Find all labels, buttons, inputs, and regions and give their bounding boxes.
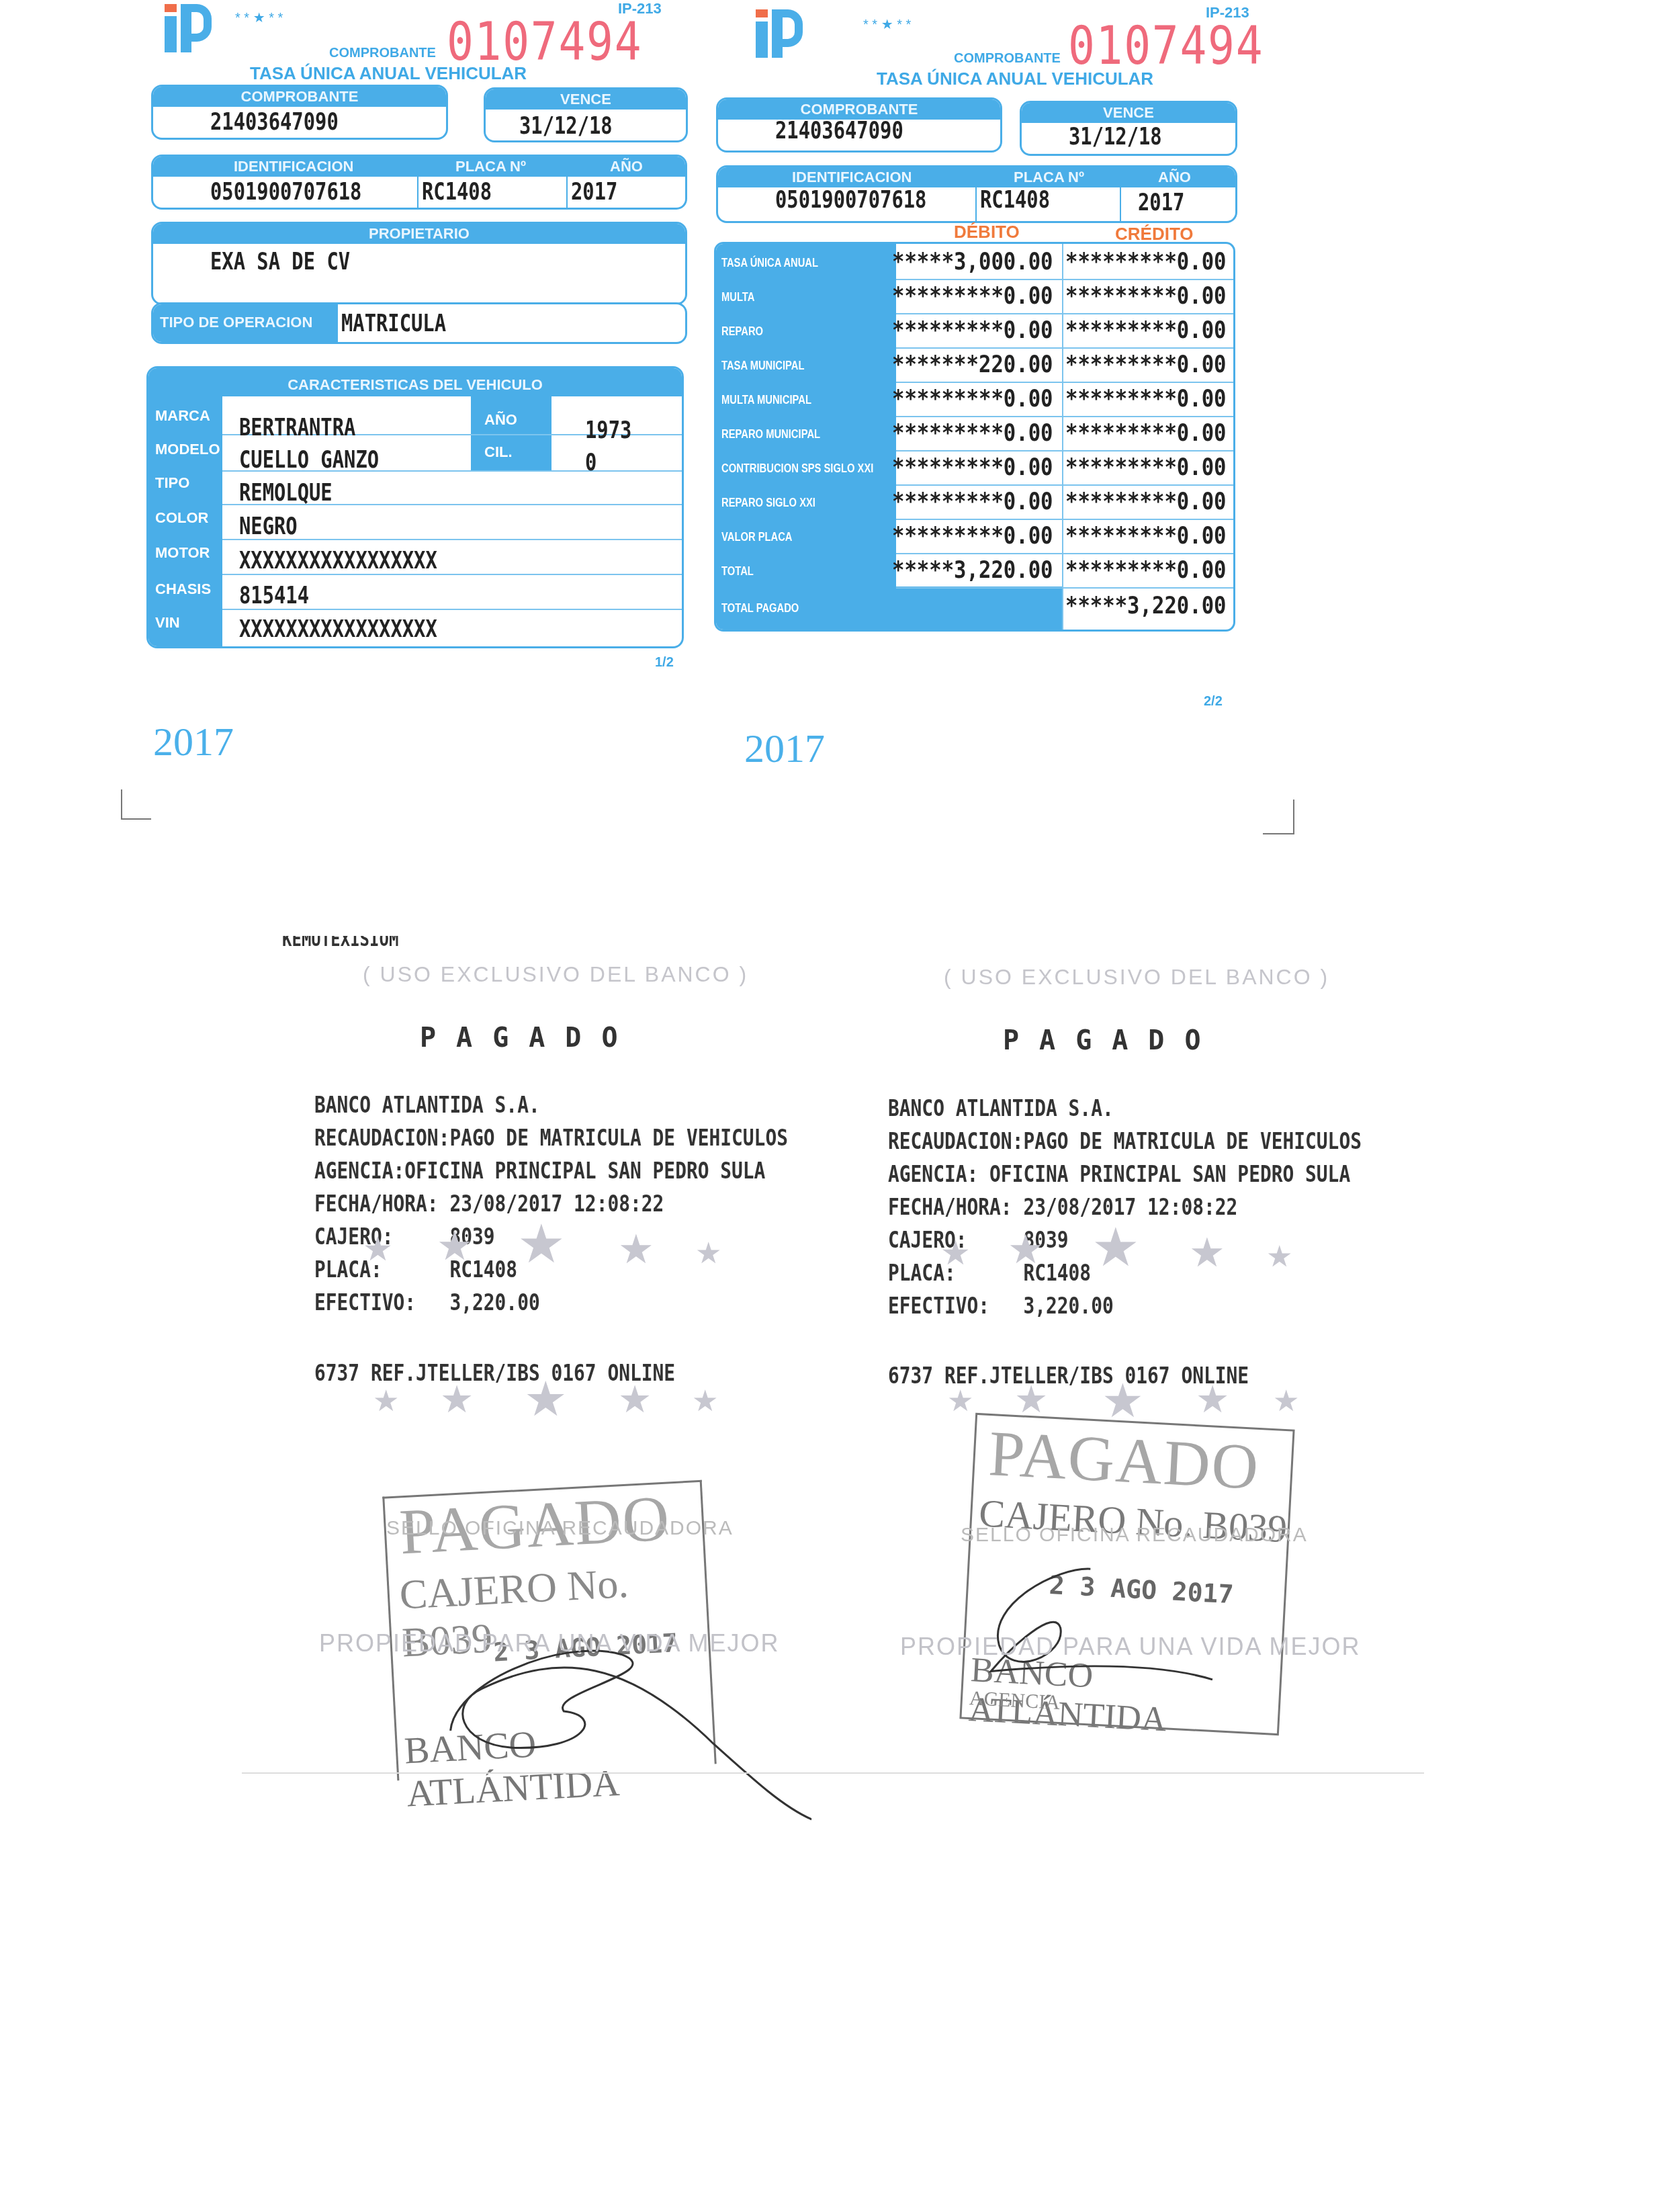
charge-label: REPARO [721,325,763,339]
credito-amount: *********0.00 [1065,419,1227,447]
receipt-line: AGENCIA:OFICINA PRINCIPAL SAN PEDRO SULA [314,1158,765,1184]
charges-table: TASA ÚNICA ANUAL*****3,000.00*********0.… [714,242,1235,632]
receipt-line: BANCO ATLANTIDA S.A. [888,1095,1114,1122]
comprobante-value: 21403647090 [210,108,339,136]
star-icon: ★ [363,1230,393,1268]
debito-amount: *********0.00 [892,385,1053,413]
vence-box: VENCE 31/12/18 [1020,101,1237,156]
page-indicator: 1/2 [655,655,674,671]
tipo-operacion-value: MATRICULA [341,310,446,337]
cut-header-text: KEMUTEXISIOM [282,936,398,948]
vin-value: XXXXXXXXXXXXXXXXX [239,615,437,643]
debito-amount: *********0.00 [892,522,1053,550]
pagado-heading: PAGADO [1003,1025,1221,1056]
receipt-line: RECAUDACION:PAGO DE MATRICULA DE VEHICUL… [314,1125,788,1152]
cil-value: 0 [585,449,596,476]
identificacion-value: 0501900707618 [775,186,926,214]
star-icon: ★ [947,1384,973,1418]
ip-logo-icon [756,9,804,58]
crop-mark [121,789,122,820]
credito-amount: *********0.00 [1065,488,1227,515]
bottom-rule [242,1772,1424,1774]
receipt-title: TASA ÚNICA ANUAL VEHICULAR [877,69,1153,89]
star-icon: ★ [940,1234,971,1273]
comprobante-small-label: COMPROBANTE [329,46,436,61]
pagado-heading: PAGADO [420,1023,638,1053]
star-icon: ★ [1189,1230,1225,1277]
ano-value: 2017 [1138,189,1184,216]
star-icon: ★ [373,1384,399,1418]
debito-amount: *********0.00 [892,488,1053,515]
comprobante-box: COMPROBANTE 21403647090 [716,97,1002,153]
star-icon: ★ [692,1384,718,1418]
star-icon: ★ [1196,1377,1229,1422]
tipo-operacion-box: TIPO DE OPERACION MATRICULA [151,302,687,344]
credito-amount: *********0.00 [1065,248,1227,275]
ano-value: 2017 [571,178,617,206]
star-icon: ★ [618,1226,654,1273]
propietario-box: PROPIETARIO EXA SA DE CV [151,222,687,305]
chasis-value: 815414 [239,582,309,609]
vehicle-characteristics-box: CARACTERISTICAS DEL VEHICULO MARCA MODEL… [146,366,684,648]
receipt-line: PLACA: RC1408 [888,1260,1091,1287]
charge-label: REPARO MUNICIPAL [721,427,820,441]
credito-amount: *********0.00 [1065,316,1227,344]
vence-value: 31/12/18 [1069,123,1162,150]
header-stars: * * ★ * * [863,16,911,33]
comprobante-value: 21403647090 [775,117,903,144]
receipt-line: FECHA/HORA: 23/08/2017 12:08:22 [314,1191,664,1217]
propietario-value: EXA SA DE CV [210,248,350,275]
debito-amount: *****3,000.00 [892,248,1053,275]
star-icon: ★ [695,1236,721,1270]
star-icon: ★ [1273,1384,1299,1418]
marca-value: BERTRANTRA [239,414,355,441]
charge-label: MULTA MUNICIPAL [721,393,811,407]
tipo-value: REMOLQUE [239,479,333,507]
charge-label: TOTAL [721,564,754,578]
uso-exclusivo-label: ( USO EXCLUSIVO DEL BANCO ) [363,962,748,987]
paid-stamp: PAGADO CAJERO No. B039 2 3 AGO 2017 BANC… [959,1413,1294,1735]
star-icon: ★ [618,1377,652,1422]
crop-mark [1263,833,1294,834]
charge-label: CONTRIBUCION SPS SIGLO XXI [721,462,873,476]
credito-amount: *********0.00 [1065,522,1227,550]
debito-amount: *********0.00 [892,419,1053,447]
comprobante-box: COMPROBANTE 21403647090 [151,85,448,140]
uso-exclusivo-label: ( USO EXCLUSIVO DEL BANCO ) [944,965,1329,990]
ip-logo-icon [165,4,213,52]
year-watermark: 2017 [153,719,234,765]
star-icon: ★ [1008,1226,1044,1273]
identificacion-box: IDENTIFICACION PLACA Nº AÑO 050190070761… [151,155,687,210]
star-icon: ★ [524,1371,568,1427]
receipt-line: RECAUDACION:PAGO DE MATRICULA DE VEHICUL… [888,1128,1362,1155]
charge-label: MULTA [721,290,754,304]
identificacion-box: IDENTIFICACION PLACA Nº AÑO 050190070761… [716,165,1237,223]
modelo-value: CUELLO GANZO [239,446,379,474]
serial-number: 0107494 [1068,16,1264,77]
receipt-line: EFECTIVO: 3,220.00 [888,1293,1114,1320]
receipt-line: FECHA/HORA: 23/08/2017 12:08:22 [888,1194,1237,1221]
charge-label: VALOR PLACA [721,530,793,544]
propiedad-text: PROPIEDAD PARA UNA VIDA MEJOR [900,1633,1361,1661]
total-pagado-value: *****3,220.00 [1065,592,1227,619]
debito-amount: *********0.00 [892,316,1053,344]
page-indicator: 2/2 [1204,694,1223,709]
tipo-operacion-label: TIPO DE OPERACION [160,314,312,331]
charge-label: TASA ÚNICA ANUAL [721,256,818,270]
debito-label: DÉBITO [954,222,1020,243]
vence-box: VENCE 31/12/18 [484,87,688,142]
total-pagado-label: TOTAL PAGADO [721,601,799,615]
receipt-title: TASA ÚNICA ANUAL VEHICULAR [250,63,527,84]
receipt-line: EFECTIVO: 3,220.00 [314,1289,540,1316]
receipt-line: BANCO ATLANTIDA S.A. [314,1092,540,1119]
debito-amount: *********0.00 [892,282,1053,310]
debito-amount: *********0.00 [892,454,1053,481]
placa-value: RC1408 [980,186,1050,214]
charge-label: REPARO SIGLO XXI [721,496,815,510]
credito-amount: *********0.00 [1065,556,1227,584]
reference-line: 6737 REF.JTELLER/IBS 0167 ONLINE [888,1363,1249,1389]
header-stars: * * ★ * * [235,9,283,26]
sello-oficina-text: SELLO OFICINA RECAUDADORA [961,1524,1308,1547]
placa-value: RC1408 [422,178,492,206]
motor-value: XXXXXXXXXXXXXXXXX [239,547,437,574]
sello-oficina-text: SELLO OFICINA RECAUDADORA [386,1517,734,1540]
star-icon: ★ [1092,1216,1140,1279]
credito-amount: *********0.00 [1065,282,1227,310]
vehicle-ano-value: 1973 [585,417,631,444]
star-icon: ★ [517,1213,566,1275]
debito-amount: *******220.00 [892,351,1053,378]
vence-value: 31/12/18 [519,112,613,140]
star-icon: ★ [1266,1240,1292,1274]
debito-amount: *****3,220.00 [892,556,1053,584]
signature-icon [970,1549,1259,1698]
receipt-line: PLACA: RC1408 [314,1256,517,1283]
color-value: NEGRO [239,513,298,540]
crop-mark [121,818,151,820]
identificacion-value: 0501900707618 [210,178,361,206]
propiedad-text: PROPIEDAD PARA UNA VIDA MEJOR [319,1629,780,1657]
credito-amount: *********0.00 [1065,454,1227,481]
star-icon: ★ [437,1223,473,1270]
credito-amount: *********0.00 [1065,351,1227,378]
crop-mark [1293,800,1294,833]
comprobante-small-label: COMPROBANTE [954,51,1061,67]
year-watermark: 2017 [744,726,825,772]
credito-amount: *********0.00 [1065,385,1227,413]
star-icon: ★ [440,1377,474,1422]
receipt-line: AGENCIA: OFICINA PRINCIPAL SAN PEDRO SUL… [888,1161,1350,1188]
charge-label: TASA MUNICIPAL [721,359,805,373]
